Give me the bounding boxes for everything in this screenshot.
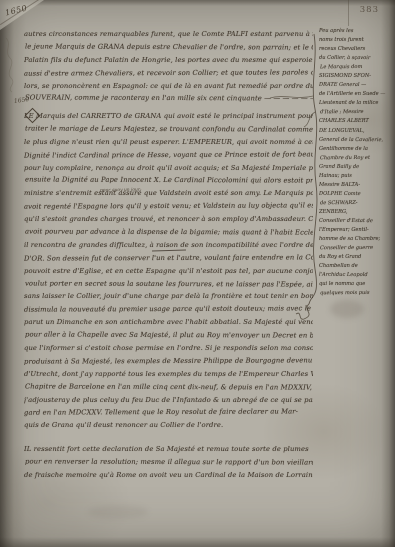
margin-note-line: Messire BALTA-: [319, 181, 393, 190]
ink-smudge: [330, 300, 364, 318]
body-line: gard en l'an MDCXXV. Tellement que le Ro…: [24, 406, 313, 420]
margin-note-line: CHARLES ALBERT: [319, 117, 393, 126]
margin-note-line: DE LONGUEVAL,: [319, 127, 393, 136]
body-line: d'Utrecht, dont j'ay rapporté tous les e…: [24, 368, 313, 381]
margin-note-line: receus Chevaliers: [319, 45, 393, 54]
margin-brace-line: [258, 24, 328, 324]
margin-note-line: Grand Bailly de: [319, 162, 393, 172]
body-paragraph-3: IL ressentit fort cette declaration de S…: [24, 443, 313, 482]
margin-note-line: General de la Cavallerie,: [319, 135, 393, 145]
body-line: quis de Grana qu'il deust renoncer au Co…: [24, 419, 313, 432]
body-line: produisant à Sa Majesté, les exemples de…: [24, 354, 313, 368]
margin-notes-column: Peu après lesnoms trois furentreceus Che…: [319, 27, 393, 298]
body-line: de fraische memoire qu'à Rome on avoit v…: [24, 469, 313, 482]
page-number: 383: [360, 5, 379, 15]
margin-note-line: Hainau; puis: [319, 172, 393, 181]
body-line: j'adjousteray de plus celuy du feu Duc d…: [24, 394, 313, 407]
body-line: que l'informer si c'estoit chose permise…: [24, 342, 313, 355]
margin-note-line: Le Marquis dom: [320, 63, 393, 73]
margin-note-line: d'Italie ; Messire: [320, 108, 393, 118]
margin-note-line: de l'Artillerie en Suede —: [319, 90, 393, 99]
margin-note-line: DOLPHE Comte: [319, 190, 393, 200]
margin-note-line: Gentilhomme de la: [319, 145, 393, 154]
body-line: IL ressentit fort cette declaration de S…: [24, 443, 313, 456]
margin-note-line: Conseiller de guerre: [320, 244, 393, 254]
margin-crease-line: [348, 0, 349, 26]
margin-note-line: l'Empereur; Gentil-: [319, 226, 393, 235]
body-line: Chapitre de Barcelone en l'an mille cinq…: [25, 380, 313, 394]
body-line: pour aller à la Chapelle avec Sa Majesté…: [25, 329, 313, 343]
body-line: pour en renverser la resolution; mesme i…: [25, 455, 313, 469]
paraph-flourish: [296, 304, 309, 319]
interline-insertion: pour quoy un jour: [100, 188, 140, 194]
margin-note-line: du Roy et Grand: [319, 253, 393, 262]
margin-note-line: quelques mois puis: [320, 289, 393, 299]
margin-note-line: Conseiller d'Estat de: [319, 217, 393, 227]
margin-note-line: noms trois furent: [319, 36, 393, 45]
margin-note-line: Peu après les: [319, 27, 393, 37]
margin-note-line: DRATE General —: [319, 81, 393, 91]
gutter-ink-scribble: [2, 34, 20, 94]
ink-smudge: [88, 505, 148, 519]
margin-note-line: de SCHWARZ-: [320, 199, 393, 209]
manuscript-page: 383 1650 1650 autres circonstances remar…: [0, 0, 395, 547]
margin-note-line: l'Archiduc Leopold: [319, 271, 393, 281]
margin-note-line: Chambre du Roy et: [320, 153, 393, 163]
margin-note-line: ZENBERG,: [319, 208, 393, 217]
margin-note-line: homme de sa Chambre;: [319, 235, 393, 244]
